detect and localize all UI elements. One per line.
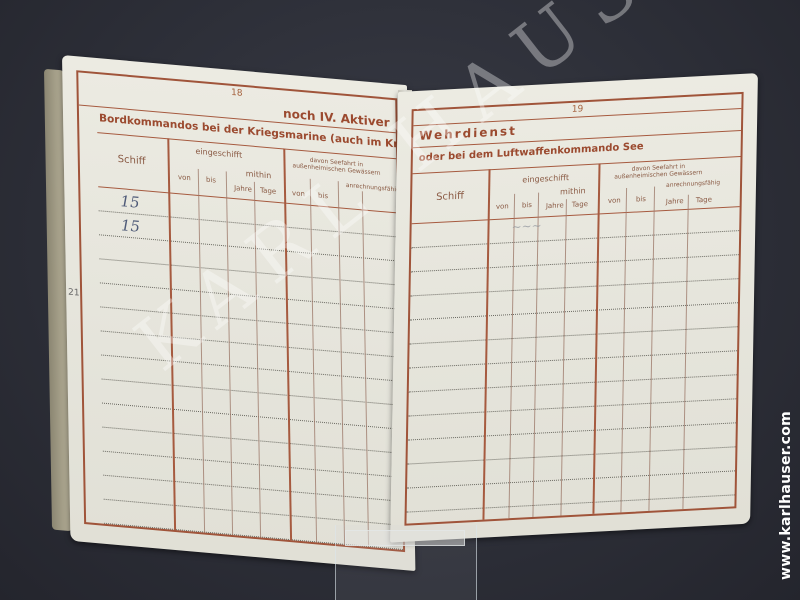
- col-mithin: mithin: [246, 169, 272, 180]
- acrylic-stand: [335, 525, 477, 600]
- row-line: [408, 398, 736, 416]
- row-line: [99, 234, 398, 261]
- col-extra-anrechnung: anrechnungsfähig: [666, 179, 720, 189]
- col-extra-von: von: [608, 196, 621, 205]
- col-tage: Tage: [260, 186, 276, 195]
- row-line: [410, 278, 738, 296]
- row-line: [407, 494, 735, 512]
- row-line: [102, 403, 401, 430]
- col-extra-bis: bis: [636, 195, 646, 204]
- col-bis: bis: [522, 201, 532, 210]
- col-mithin: mithin: [560, 186, 586, 196]
- column-line: [167, 138, 175, 530]
- row-line: [409, 350, 737, 368]
- left-page: 18 noch IV. Aktiver Bordkommandos bei de…: [62, 55, 415, 571]
- row-line: [99, 258, 398, 285]
- row-line: [101, 330, 400, 357]
- right-page-frame: 19 Wehrdienst oder bei dem Luftwaffenkom…: [404, 92, 743, 526]
- col-extra-von: von: [292, 189, 305, 198]
- row-line: [100, 282, 399, 309]
- row-line: [409, 374, 737, 392]
- handwritten-entry-2: 15: [121, 216, 140, 236]
- column-line: [338, 181, 345, 545]
- right-page-title: Wehrdienst: [419, 124, 517, 143]
- col-von: von: [496, 202, 509, 211]
- row-line: [102, 379, 401, 406]
- column-line: [310, 179, 317, 543]
- col-schiff: Schiff: [118, 154, 146, 167]
- open-booklet: 18 noch IV. Aktiver Bordkommandos bei de…: [0, 0, 800, 600]
- left-table: Schiff eingeschifft von bis mithin Jahre…: [97, 132, 403, 550]
- handwritten-entry-1: 15: [120, 192, 139, 212]
- column-line: [254, 182, 261, 538]
- col-extra-bis: bis: [318, 191, 328, 200]
- col-extra-jahre: Jahre: [666, 197, 684, 206]
- col-extra-anrechnung: anrechnungsfähig: [346, 182, 400, 194]
- row-line: [103, 451, 402, 478]
- col-extra-group: davon Seefahrt in außenheimischen Gewäss…: [291, 155, 381, 177]
- col-extra-group: davon Seefahrt in außenheimischen Gewäss…: [608, 162, 708, 181]
- col-extra-tage: Tage: [696, 196, 712, 205]
- col-jahre: Jahre: [546, 201, 564, 210]
- row-line: [101, 354, 400, 381]
- column-line: [198, 169, 205, 533]
- row-line: [408, 422, 736, 440]
- col-von: von: [178, 173, 191, 182]
- col-eingeschifft: eingeschifft: [522, 173, 569, 184]
- column-line: [283, 148, 291, 540]
- row-line: [411, 254, 739, 272]
- column-line: [226, 171, 233, 535]
- col-eingeschifft: eingeschifft: [195, 147, 242, 160]
- column-line: [560, 199, 567, 515]
- website-watermark: www.karlhauser.com: [778, 410, 798, 580]
- row-line: [100, 306, 399, 333]
- row-line: [104, 499, 403, 526]
- col-schiff: Schiff: [436, 191, 464, 203]
- left-page-frame: 18 noch IV. Aktiver Bordkommandos bei de…: [76, 70, 405, 552]
- column-line: [482, 169, 490, 519]
- row-line: [103, 475, 402, 502]
- row-line: [410, 302, 738, 320]
- column-line: [592, 163, 600, 513]
- right-page: 19 Wehrdienst oder bei dem Luftwaffenkom…: [390, 73, 758, 542]
- column-line: [362, 191, 369, 547]
- row-line: [102, 427, 401, 454]
- col-bis: bis: [206, 176, 216, 185]
- col-tage: Tage: [572, 200, 588, 209]
- side-number: 21: [68, 288, 80, 299]
- row-line: [411, 230, 739, 248]
- row-line: [407, 446, 735, 464]
- row-line: [407, 470, 735, 488]
- left-page-number: 18: [78, 74, 395, 112]
- right-table: Schiff eingeschifft von bis mithin Jahre…: [406, 156, 740, 524]
- pencil-annotation: ~~~: [511, 218, 541, 234]
- col-jahre: Jahre: [234, 184, 252, 194]
- row-line: [410, 326, 738, 344]
- row-line: [99, 210, 398, 237]
- header-bottom-line: [412, 206, 740, 224]
